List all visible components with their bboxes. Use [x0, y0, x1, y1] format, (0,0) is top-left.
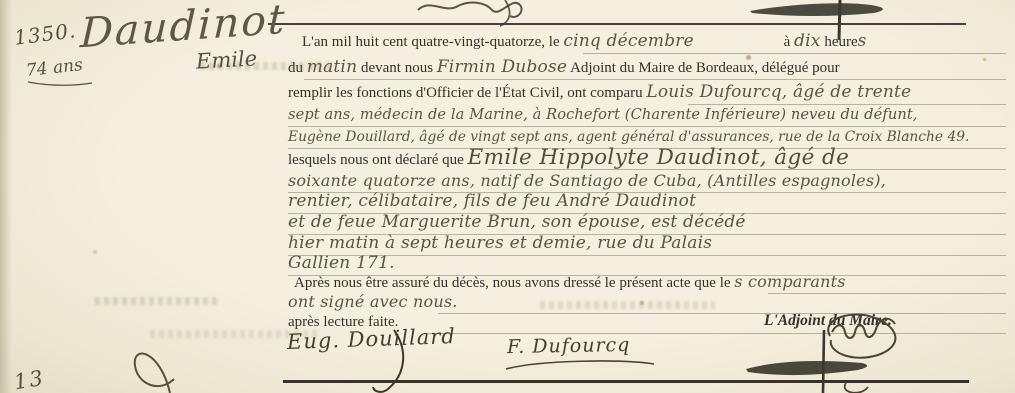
record-separator-rule-top: [268, 23, 966, 25]
handwritten-entry: Louis Dufourcq, âgé de trente: [646, 82, 911, 102]
printed-form-text: remplir les fonctions d'Officier de l'Ét…: [288, 85, 646, 101]
dufourcq-signature-underline: [506, 361, 654, 369]
act-line-13: ont signé avec nous.: [288, 291, 1008, 313]
death-record-scan-page: 1350. Daudinot Emile 74 ans 13 L'an mil …: [0, 0, 1015, 393]
handwritten-entry: rentier, célibataire, fils de feu André …: [288, 191, 696, 211]
next-record-initial-flourish: [135, 354, 174, 393]
handwritten-entry: s comparants: [734, 272, 845, 291]
signature-dufourcq: F. Dufourcq: [507, 334, 631, 358]
act-line-1: L'an mil huit cent quatre-vingt-quatorze…: [288, 31, 1008, 53]
handwritten-entry: soixante quatorze ans, natif de Santiago…: [288, 171, 886, 190]
ink-bleed-through: [95, 297, 220, 305]
handwritten-entry: matin: [307, 57, 357, 77]
printed-form-text: devant nous: [357, 60, 437, 76]
page-edge-shadow: [0, 0, 12, 393]
printed-form-text: du: [288, 60, 307, 76]
handwritten-entry: Emile Hippolyte Daudinot, âgé de: [468, 145, 850, 170]
adjoint-signature-bold-dash: [746, 361, 867, 375]
handwritten-entry: Gallien 171.: [288, 253, 395, 273]
handwritten-entry: sept ans, médecin de la Marine, à Rochef…: [288, 106, 918, 123]
printed-form-text: Après nous être assuré du décès, nous av…: [294, 275, 734, 291]
printed-form-text: heure: [821, 34, 858, 50]
adjoint-signature-descender: [823, 330, 824, 393]
age-note-underline-flourish: [28, 82, 92, 85]
act-line-7: soixante quatorze ans, natif de Santiago…: [288, 170, 1008, 192]
handwritten-entry: cinq décembre: [563, 31, 694, 51]
handwritten-entry: ont signé avec nous.: [288, 292, 458, 311]
margin-next-act-number-partial: 13: [12, 366, 46, 393]
act-line-3: remplir les fonctions d'Officier de l'Ét…: [288, 82, 1008, 104]
act-line-10: hier matin à sept heures et demie, rue d…: [288, 233, 1008, 255]
act-line-6: lesquels nous ont déclaré que Emile Hipp…: [288, 147, 1008, 169]
act-line-4: sept ans, médecin de la Marine, à Rochef…: [288, 104, 1008, 126]
previous-adjoint-bold-loop: [750, 3, 883, 16]
margin-deceased-firstname: Emile: [195, 46, 257, 73]
handwritten-entry: Eugène Douillard, âgé de vingt sept ans,…: [288, 129, 969, 145]
printed-form-text: à: [780, 34, 794, 50]
signature-douillard: Eug. Douillard: [287, 324, 457, 354]
foxing-spot: [93, 250, 97, 254]
act-line-2: du matin devant nous Firmin Dubose Adjoi…: [288, 57, 1008, 79]
act-line-9: et de feue Marguerite Brun, son épouse, …: [288, 212, 1008, 234]
act-line-8: rentier, célibataire, fils de feu André …: [288, 191, 1008, 213]
margin-act-number: 1350.: [13, 18, 78, 49]
handwritten-entry: dix: [794, 31, 821, 51]
printed-form-text: L'an mil huit cent quatre-vingt-quatorze…: [302, 34, 563, 50]
adjoint-du-maire-label: L'Adjoint du Maire.: [764, 312, 892, 330]
adjoint-signature-bottom-loop: [845, 383, 868, 393]
printed-form-text: lesquels nous ont déclaré que: [288, 152, 468, 168]
margin-age-note: 74 ans: [25, 55, 84, 81]
record-separator-rule-bottom: [283, 380, 969, 383]
printed-form-text: Adjoint du Maire de Bordeaux, délégué po…: [567, 60, 839, 76]
act-line-12: Après nous être assuré du décès, nous av…: [288, 271, 1008, 293]
handwritten-entry: s: [858, 31, 867, 51]
previous-record-signature-squiggle: [418, 3, 522, 17]
handwritten-entry: et de feue Marguerite Brun, son épouse, …: [288, 212, 746, 232]
handwritten-entry: hier matin à sept heures et demie, rue d…: [288, 233, 712, 253]
handwritten-entry: Firmin Dubose: [437, 57, 567, 77]
